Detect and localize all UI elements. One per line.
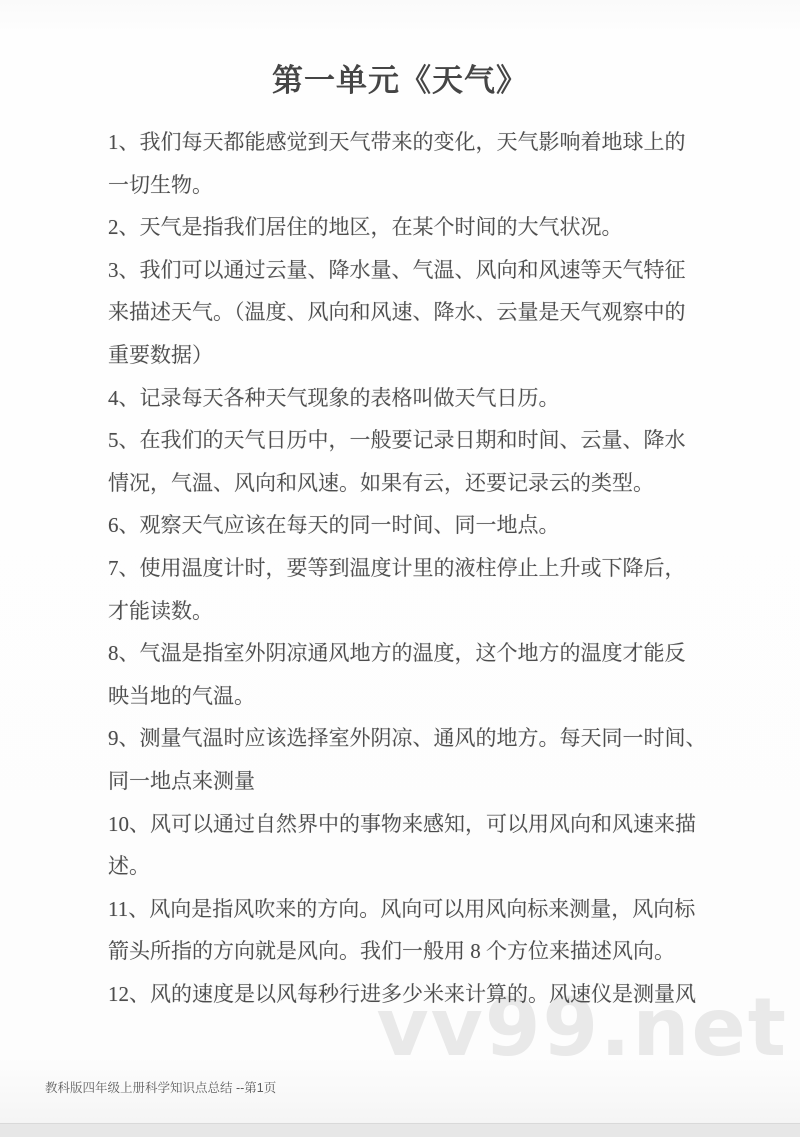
- knowledge-point-item: 4、记录每天各种天气现象的表格叫做天气日历。: [108, 377, 708, 420]
- text-line: 12、风的速度是以风每秒行进多少米来计算的。风速仪是测量风: [108, 973, 708, 1016]
- text-line: 情况，气温、风向和风速。如果有云，还要记录云的类型。: [108, 462, 708, 505]
- text-line: 述。: [108, 845, 708, 888]
- text-line: 6、观察天气应该在每天的同一时间、同一地点。: [108, 504, 708, 547]
- text-line: 一切生物。: [108, 164, 708, 207]
- text-line: 映当地的气温。: [108, 675, 708, 718]
- text-line: 同一地点来测量: [108, 760, 708, 803]
- text-line: 来描述天气。（温度、风向和风速、降水、云量是天气观察中的: [108, 291, 708, 334]
- knowledge-point-item: 3、我们可以通过云量、降水量、气温、风向和风速等天气特征来描述天气。（温度、风向…: [108, 249, 708, 377]
- text-line: 5、在我们的天气日历中，一般要记录日期和时间、云量、降水: [108, 419, 708, 462]
- text-line: 8、气温是指室外阴凉通风地方的温度，这个地方的温度才能反: [108, 632, 708, 675]
- text-line: 4、记录每天各种天气现象的表格叫做天气日历。: [108, 377, 708, 420]
- text-line: 11、风向是指风吹来的方向。风向可以用风向标来测量，风向标: [108, 888, 708, 931]
- text-line: 重要数据）: [108, 334, 708, 377]
- knowledge-point-item: 8、气温是指室外阴凉通风地方的温度，这个地方的温度才能反映当地的气温。: [108, 632, 708, 717]
- knowledge-point-item: 7、使用温度计时，要等到温度计里的液柱停止上升或下降后，才能读数。: [108, 547, 708, 632]
- knowledge-point-item: 5、在我们的天气日历中，一般要记录日期和时间、云量、降水情况，气温、风向和风速。…: [108, 419, 708, 504]
- knowledge-point-item: 1、我们每天都能感觉到天气带来的变化，天气影响着地球上的一切生物。: [108, 121, 708, 206]
- text-line: 3、我们可以通过云量、降水量、气温、风向和风速等天气特征: [108, 249, 708, 292]
- text-line: 1、我们每天都能感觉到天气带来的变化，天气影响着地球上的: [108, 121, 708, 164]
- text-line: 2、天气是指我们居住的地区，在某个时间的大气状况。: [108, 206, 708, 249]
- text-line: 10、风可以通过自然界中的事物来感知，可以用风向和风速来描: [108, 803, 708, 846]
- text-line: 箭头所指的方向就是风向。我们一般用 8 个方位来描述风向。: [108, 930, 708, 973]
- page-footer: 教科版四年级上册科学知识点总结 --第1页: [45, 1078, 276, 1096]
- knowledge-point-item: 10、风可以通过自然界中的事物来感知，可以用风向和风速来描述。: [108, 803, 708, 888]
- knowledge-point-item: 6、观察天气应该在每天的同一时间、同一地点。: [108, 504, 708, 547]
- text-line: 7、使用温度计时，要等到温度计里的液柱停止上升或下降后，: [108, 547, 708, 590]
- document-body: 1、我们每天都能感觉到天气带来的变化，天气影响着地球上的一切生物。2、天气是指我…: [108, 121, 708, 1015]
- knowledge-point-item: 9、测量气温时应该选择室外阴凉、通风的地方。每天同一时间、同一地点来测量: [108, 717, 708, 802]
- text-line: 9、测量气温时应该选择室外阴凉、通风的地方。每天同一时间、: [108, 717, 708, 760]
- text-line: 才能读数。: [108, 590, 708, 633]
- knowledge-point-item: 12、风的速度是以风每秒行进多少米来计算的。风速仪是测量风: [108, 973, 708, 1016]
- knowledge-point-item: 11、风向是指风吹来的方向。风向可以用风向标来测量，风向标箭头所指的方向就是风向…: [108, 888, 708, 973]
- document-title: 第一单元《天气》: [0, 58, 800, 104]
- knowledge-point-item: 2、天气是指我们居住的地区，在某个时间的大气状况。: [108, 206, 708, 249]
- bottom-divider-bar: [0, 1123, 800, 1137]
- document-page: vv99.net 第一单元《天气》 1、我们每天都能感觉到天气带来的变化，天气影…: [0, 0, 800, 1137]
